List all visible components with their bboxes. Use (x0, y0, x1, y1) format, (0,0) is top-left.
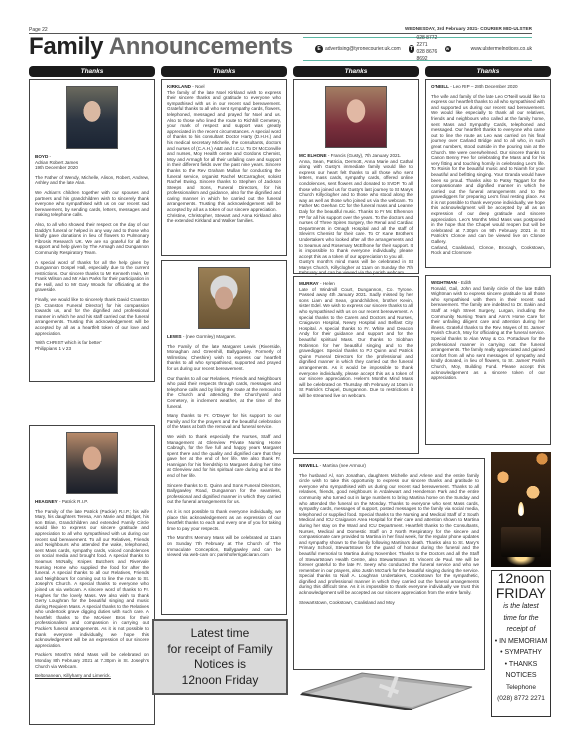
notice-murray: MURRAY - Helen Late of Windmill Court, D… (293, 276, 419, 454)
web-icon: W (445, 46, 451, 52)
telephone-icon: T (409, 45, 415, 53)
notice-subname: Leo RIP – 28th December 2020 (453, 84, 518, 89)
notice-kirkland: KIRKLAND - Noel The family of the late N… (161, 79, 287, 256)
contact-bar: E advertising@tyronecourier.uk.com T 028… (303, 37, 532, 61)
notice-subname: Patrick R.I.P. (62, 499, 88, 504)
notice-subname: (nee Gormley) Margaret. (186, 334, 236, 339)
ad-list-item: NOTICES (492, 670, 550, 682)
notice-paragraph: The Family of the late Margaret Lewis (R… (167, 344, 281, 372)
notice-paragraph: We Adrian's children together with our s… (35, 190, 149, 218)
notice-paragraph: The wife and family of the late Leo O'Ne… (431, 94, 545, 245)
ad-italic-line: is the latest (492, 601, 550, 613)
notice-name: O'NEILL (431, 84, 449, 89)
heagney-photo (66, 432, 118, 494)
ad-italic-line: receipt of (492, 624, 550, 636)
column-3: Thanks (293, 66, 419, 77)
ad-telephone-label: Telephone (492, 682, 550, 694)
deadline-ad: 12noon FRIDAY is the latest time for the… (491, 570, 551, 717)
section-header-thanks: Thanks (161, 66, 287, 77)
notice-name: HEAGNEY (35, 499, 58, 504)
notice-paragraph: Late of Windmill Court, Dungannon, Co. T… (299, 287, 413, 399)
ad-line: for receipt of Family (154, 642, 286, 658)
notice-name: KIRKLAND (167, 84, 191, 89)
notice-date: 19th December 2020 (35, 165, 149, 171)
boyd-photo (66, 86, 118, 149)
notice-paragraph: The Month's Memory Mass will be celebrat… (167, 535, 281, 557)
email-icon: E (315, 45, 323, 53)
notice-lewis: LEWIS - (nee Gormley) Margaret. The Fami… (161, 260, 287, 615)
page-title: Family Announcements (29, 33, 293, 61)
notice-subname: Helen (323, 281, 335, 286)
notice-name: WIGHTMAN (431, 280, 457, 285)
notice-paragraph: Many thanks to Fr. O'Dwyer for his suppo… (167, 413, 281, 430)
notice-subname: Edith (461, 280, 471, 285)
phone-number-2: 028 8676 8692 (416, 49, 440, 63)
notice-signoff: Beltonanean, Killyharry and Limerick. (35, 673, 149, 679)
notice-paragraph: A special word of thanks for all the hel… (35, 260, 149, 294)
ad-day: FRIDAY (492, 586, 550, 601)
notice-paragraph: Anna, Sean, Patricia, Dermott, Anna Mari… (299, 159, 413, 260)
section-header-thanks: Thanks (293, 66, 419, 77)
notice-paragraph: Our thanks to all our Relatives, Friends… (167, 376, 281, 410)
notice-name: MURRAY (299, 281, 319, 286)
page-title-word2: Announcements (109, 33, 293, 60)
notice-wightman: WIGHTMAN - Edith Ronald, Gail, John and … (425, 275, 551, 445)
notice-paragraph: Gusty's month's mind mass will be celebr… (299, 259, 413, 276)
notice-paragraph: Sincere thanks to E. Quinn and Sons Fune… (167, 483, 281, 505)
website-link[interactable]: www.ulstermelnotices.co.uk (471, 46, 532, 52)
notice-paragraph: Ronald, Gail, John and family circle of … (431, 286, 545, 381)
notice-subname: Martina (nee Armour) (323, 463, 366, 468)
notice-name: NEWELL (299, 463, 318, 468)
ad-line: Latest time (154, 626, 286, 642)
page-title-word1: Family (29, 33, 103, 60)
ad-time: 12noon (492, 571, 550, 586)
column-1: Thanks (29, 66, 155, 77)
dateline: WEDNESDAY, 3rd February 2021- COURIER MI… (405, 26, 532, 31)
ad-italic-line: time for the (492, 613, 550, 625)
ad-line: Notices is (154, 657, 286, 673)
ad-list-item: • IN MEMORIAM (492, 636, 550, 648)
notice-paragraph: The husband Al, son Jonathan, daughters … (299, 473, 479, 596)
notice-subname: Francis (Gusty), 7th January 2021. (331, 153, 402, 158)
notice-heagney: HEAGNEY - Patrick R.I.P. The Family of t… (29, 425, 155, 725)
contact-web[interactable]: W www.ulstermelnotices.co.uk (445, 46, 532, 52)
candle-holder (501, 527, 541, 557)
notice-paragraph: Carland, Coalisland, Clonoe, Brocagh, Co… (431, 245, 545, 256)
notice-paragraph: The family of the late Noel Kirkland wis… (167, 90, 281, 213)
column-2: Thanks (161, 66, 287, 77)
bible-cross-icon (292, 665, 477, 710)
ad-telephone-number: (028) 8772 2271 (492, 693, 550, 705)
ad-list-item: • SYMPATHY (492, 647, 550, 659)
notice-boyd: BOYD - Adrian Robert James 19th December… (29, 79, 155, 382)
ad-list-item: • THANKS (492, 659, 550, 671)
candle-flame-icon (518, 502, 524, 516)
ad-line: 12noon Friday (154, 673, 286, 689)
candle-image (491, 452, 551, 567)
notice-verse: Philippians 1 v 23 (35, 346, 149, 352)
notice-paragraph: The Family of the late Patrick (Packie) … (35, 509, 149, 649)
notice-newell: NEWELL - Martina (nee Armour) The husban… (293, 458, 485, 670)
notice-subname: Noel (195, 84, 204, 89)
notice-paragraph: We wish to thank especially the Nurses, … (167, 434, 281, 479)
notice-paragraph: Finally, we would like to sincerely than… (35, 297, 149, 336)
lewis-photo (198, 267, 250, 329)
phone-number-1: 028 8772 2271 (416, 35, 440, 49)
notice-paragraph: As it is not possible to thank everyone … (167, 509, 281, 531)
notice-name: LEWIS (167, 334, 182, 339)
contact-phone: T 028 8772 2271 028 8676 8692 (409, 35, 441, 63)
notice-paragraph: Packie's Month's Mind Mass will be celeb… (35, 652, 149, 669)
notice-paragraph: Also, to all who showed their respect on… (35, 222, 149, 256)
column-4: Thanks (425, 66, 551, 77)
notice-paragraph: Christine, Christopher, Stewart and Anna… (167, 213, 281, 224)
mcelhone-photo (325, 86, 387, 148)
latest-time-ad: Latest time for receipt of Family Notice… (152, 619, 288, 695)
notice-paragraph: The Father of Wendy, Michelle, Alison, R… (35, 175, 149, 186)
notice-name: BOYD (35, 154, 48, 159)
section-header-thanks: Thanks (425, 66, 551, 77)
notice-name: MC ELHONE (299, 153, 327, 158)
notice-signoff: Stewartstown, Cookstown, Coalisland and … (299, 600, 479, 606)
section-header-thanks: Thanks (29, 66, 155, 77)
contact-email[interactable]: E advertising@tyronecourier.uk.com (315, 45, 401, 53)
email-address[interactable]: advertising@tyronecourier.uk.com (325, 46, 401, 52)
notice-mcelhone: MC ELHONE - Francis (Gusty), 7th January… (293, 79, 419, 274)
notice-oneill: O'NEILL - Leo RIP – 28th December 2020 T… (425, 79, 551, 268)
